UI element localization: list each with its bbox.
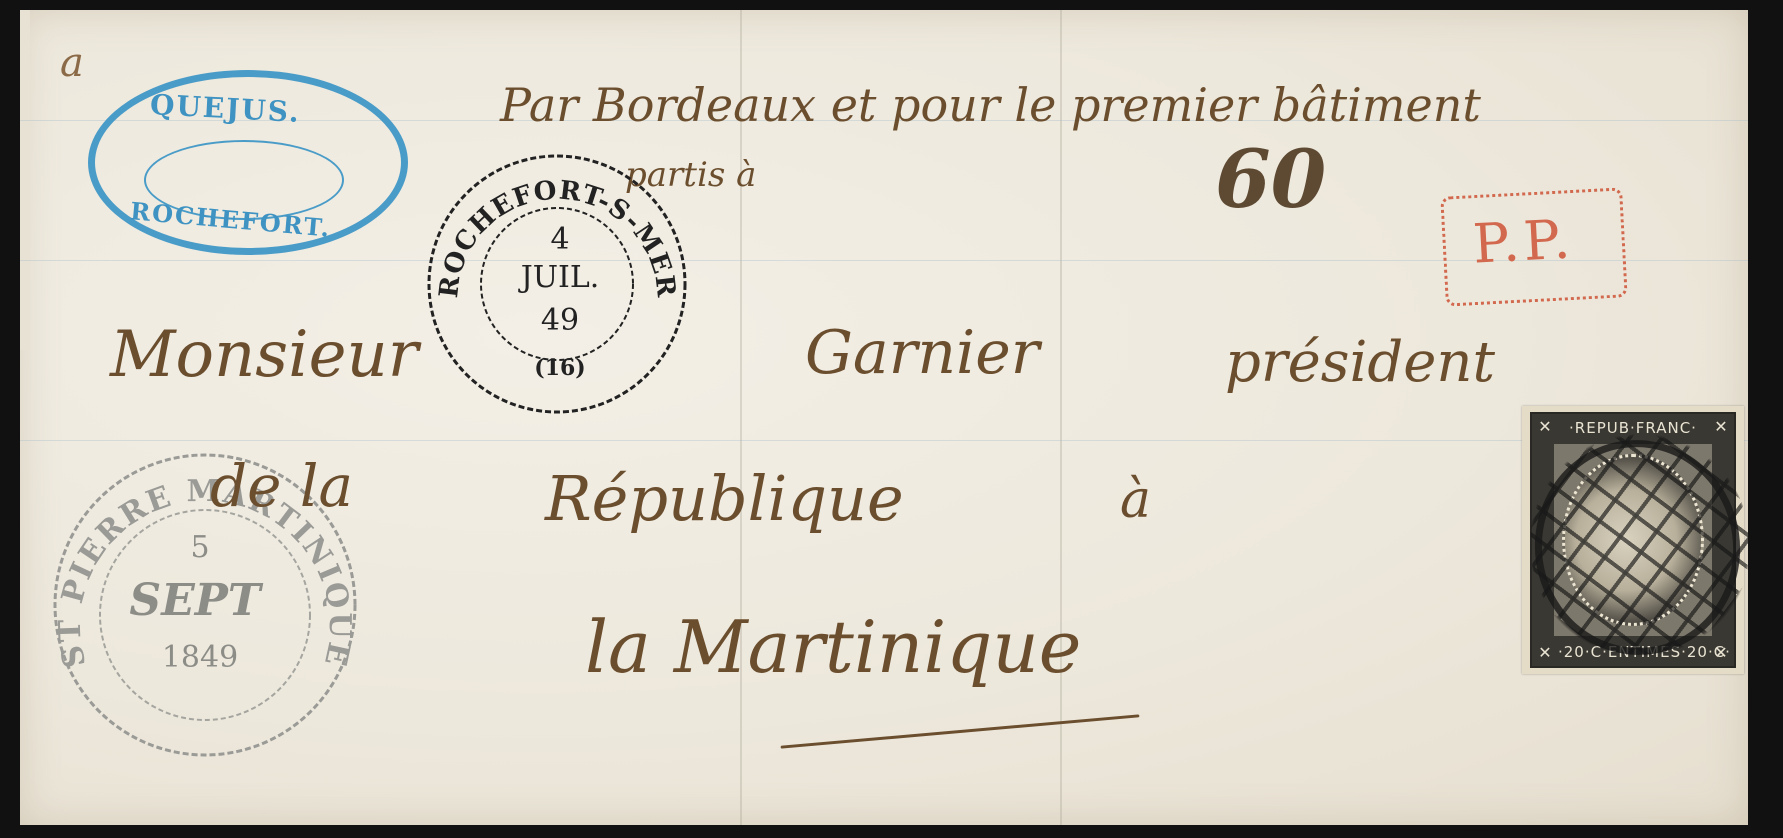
paper-rule xyxy=(20,440,1748,441)
address-line2-prefix: de la xyxy=(210,452,353,520)
arrival-postmark-year: 1849 xyxy=(140,640,260,675)
corner-mark: a xyxy=(60,40,84,86)
departure-postmark-day: 4 xyxy=(535,222,585,257)
arrival-postmark-day: 5 xyxy=(170,530,230,565)
address-name: Garnier xyxy=(805,318,1039,388)
stamp-corner-ornament: ✕ xyxy=(1535,643,1555,663)
stamp-corner-ornament: ✕ xyxy=(1711,417,1731,437)
fold-line xyxy=(1060,10,1062,825)
fold-line xyxy=(740,10,742,825)
rate-marking: 60 xyxy=(1215,132,1326,226)
departure-postmark-year: 49 xyxy=(525,303,595,338)
arrival-postmark-month: SEPT xyxy=(110,575,280,626)
departure-postmark-month: JUIL. xyxy=(500,260,620,295)
cover-flap xyxy=(20,10,30,350)
address-republic: République xyxy=(545,462,904,535)
stamp-corner-ornament: ✕ xyxy=(1535,417,1555,437)
departure-postmark-department: (16) xyxy=(520,355,600,381)
address-title: président xyxy=(1225,330,1495,395)
paid-mark-text: P.P. xyxy=(1471,207,1575,275)
address-destination: la Martinique xyxy=(585,605,1081,689)
address-a: à xyxy=(1120,470,1151,530)
routing-note-line1: Par Bordeaux et pour le premier bâtiment xyxy=(500,78,1481,132)
address-salutation: Monsieur xyxy=(110,318,418,392)
